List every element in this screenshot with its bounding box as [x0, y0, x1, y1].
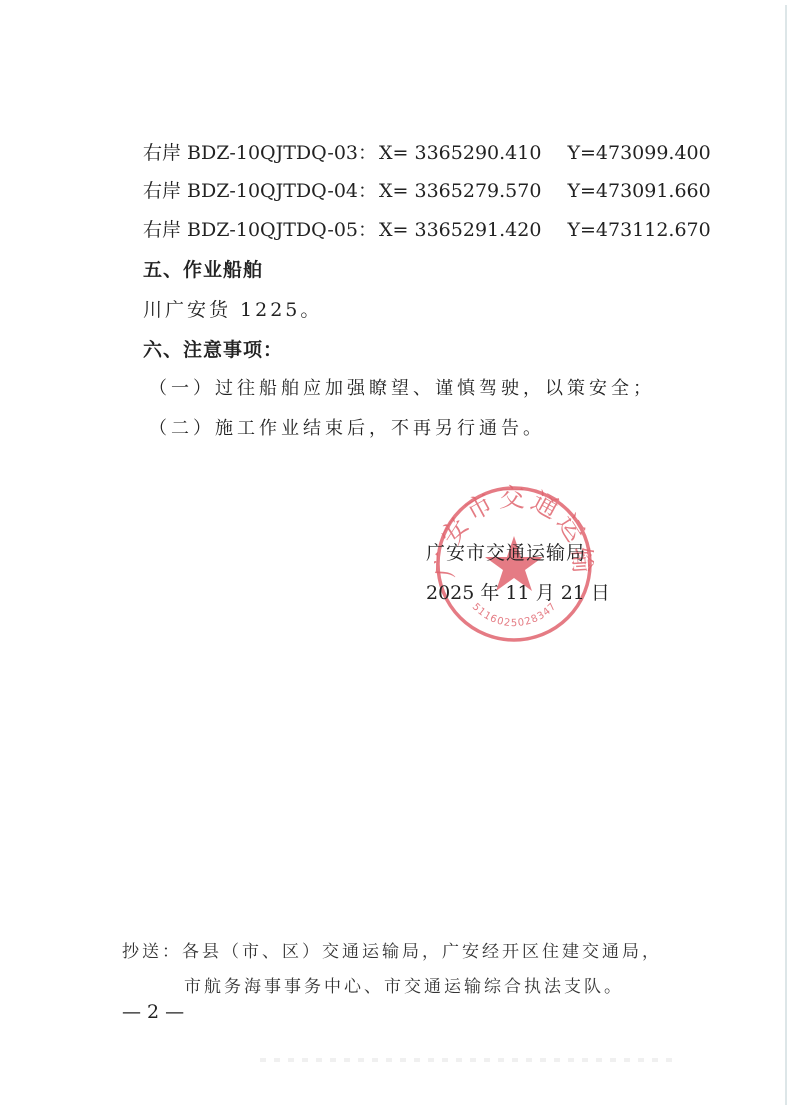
coordinate-y: Y=473112.670	[567, 218, 710, 242]
coordinate-label: 右岸 BDZ-10QJTDQ-04：	[143, 179, 377, 203]
section-heading-notes: 六、注意事项：	[143, 338, 283, 362]
signature-org: 广安市交通运输局	[426, 538, 586, 565]
page-edge	[785, 5, 787, 1105]
page-number: — 2 —	[122, 1001, 184, 1023]
cc-line-2: 市航务海事事务中心、市交通运输综合执法支队。	[184, 972, 624, 997]
signature-date: 2025 年 11 月 21 日	[426, 578, 610, 605]
coordinate-label: 右岸 BDZ-10QJTDQ-05：	[143, 218, 377, 242]
coordinate-x: X= 3365290.410	[379, 141, 541, 165]
cc-line-1: 抄送：各县（市、区）交通运输局，广安经开区住建交通局，	[122, 937, 662, 962]
note-item: （二）施工作业结束后，不再另行通告。	[149, 417, 545, 441]
vessel-name: 川广安货 1225。	[143, 298, 322, 322]
coordinate-row: 右岸 BDZ-10QJTDQ-05：X= 3365291.420Y=473112…	[143, 218, 711, 242]
section-heading-vessels: 五、作业船舶	[143, 258, 263, 282]
coordinate-row: 右岸 BDZ-10QJTDQ-04：X= 3365279.570Y=473091…	[143, 179, 711, 203]
coordinate-x: X= 3365291.420	[379, 218, 541, 242]
scan-artifact	[260, 1058, 680, 1062]
coordinate-y: Y=473099.400	[567, 141, 710, 165]
note-item: （一）过往船舶应加强瞭望、谨慎驾驶，以策安全；	[149, 377, 655, 401]
coordinate-row: 右岸 BDZ-10QJTDQ-03：X= 3365290.410Y=473099…	[143, 141, 711, 165]
coordinate-label: 右岸 BDZ-10QJTDQ-03：	[143, 141, 377, 165]
coordinate-y: Y=473091.660	[567, 179, 710, 203]
coordinate-x: X= 3365279.570	[379, 179, 541, 203]
